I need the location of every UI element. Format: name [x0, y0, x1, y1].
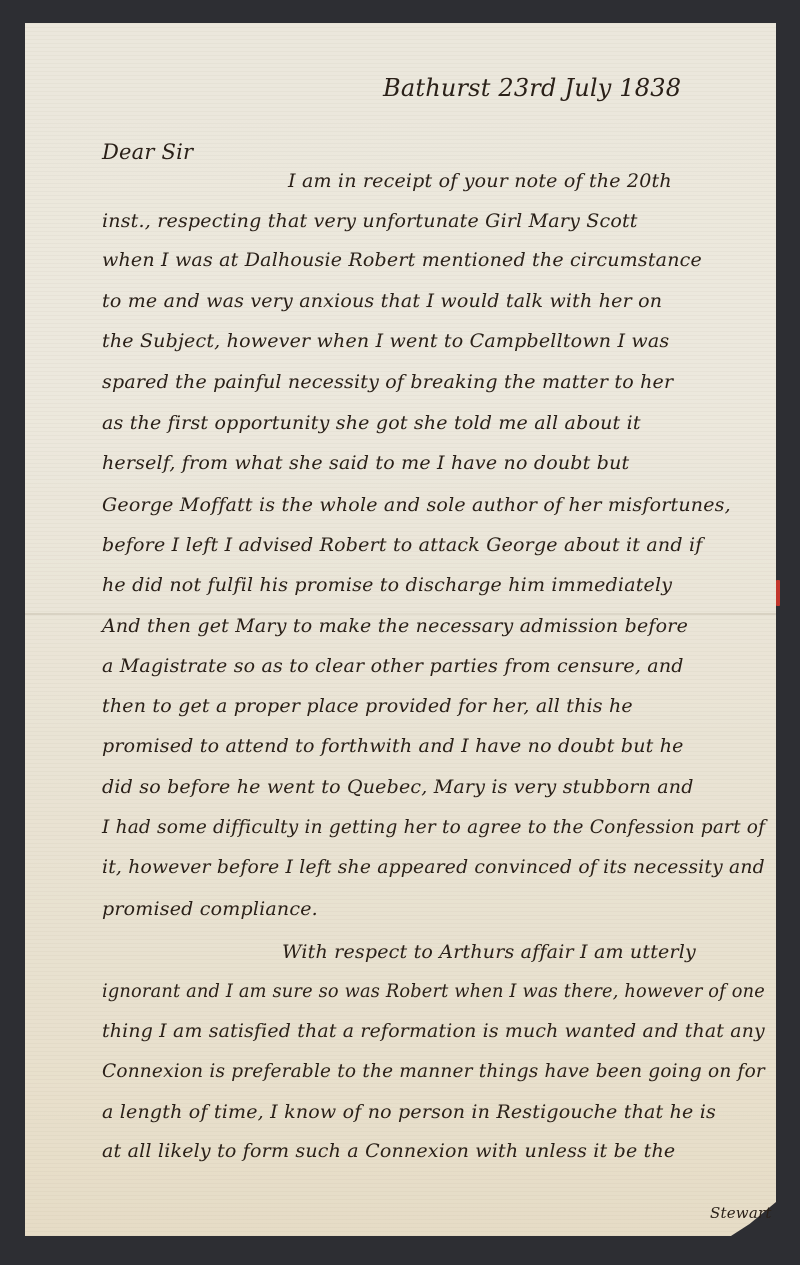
letter-line: thing I am satisfied that a reformation … — [102, 1020, 765, 1042]
letter-line: when I was at Dalhousie Robert mentioned… — [102, 249, 702, 271]
letter-line: at all likely to form such a Connexion w… — [102, 1140, 675, 1162]
letter-line: ignorant and I am sure so was Robert whe… — [102, 980, 765, 1002]
letter-line: before I left I advised Robert to attack… — [102, 534, 702, 556]
letter-line: With respect to Arthurs affair I am utte… — [282, 941, 696, 963]
red-edge-mark — [776, 580, 780, 606]
letter-line: herself, from what she said to me I have… — [102, 452, 629, 474]
letter-line: a length of time, I know of no person in… — [102, 1101, 716, 1123]
letter-line: Connexion is preferable to the manner th… — [102, 1060, 765, 1082]
letter-line: promised compliance. — [102, 898, 318, 920]
letter-line: a Magistrate so as to clear other partie… — [102, 655, 684, 677]
letter-line: inst., respecting that very unfortunate … — [102, 210, 638, 232]
letter-line: did so before he went to Quebec, Mary is… — [102, 776, 694, 798]
letter-dateline: Bathurst 23rd July 1838 — [383, 74, 681, 102]
letter-line: the Subject, however when I went to Camp… — [102, 330, 669, 352]
letter-line: to me and was very anxious that I would … — [102, 290, 662, 312]
letter-line: I am in receipt of your note of the 20th — [288, 170, 672, 192]
letter-line: he did not fulfil his promise to dischar… — [102, 574, 672, 596]
document-scan: Bathurst 23rd July 1838 Dear Sir I am in… — [0, 0, 800, 1265]
catchword: Stewart — [710, 1204, 772, 1222]
letter-line: promised to attend to forthwith and I ha… — [102, 735, 684, 757]
letter-line: it, however before I left she appeared c… — [102, 856, 765, 878]
letter-salutation: Dear Sir — [102, 140, 193, 164]
letter-line: I had some difficulty in getting her to … — [102, 816, 765, 838]
letter-line: And then get Mary to make the necessary … — [102, 615, 688, 637]
letter-line: as the first opportunity she got she tol… — [102, 412, 641, 434]
letter-line: spared the painful necessity of breaking… — [102, 371, 673, 393]
letter-line: then to get a proper place provided for … — [102, 695, 633, 717]
letter-line: George Moffatt is the whole and sole aut… — [102, 494, 731, 516]
